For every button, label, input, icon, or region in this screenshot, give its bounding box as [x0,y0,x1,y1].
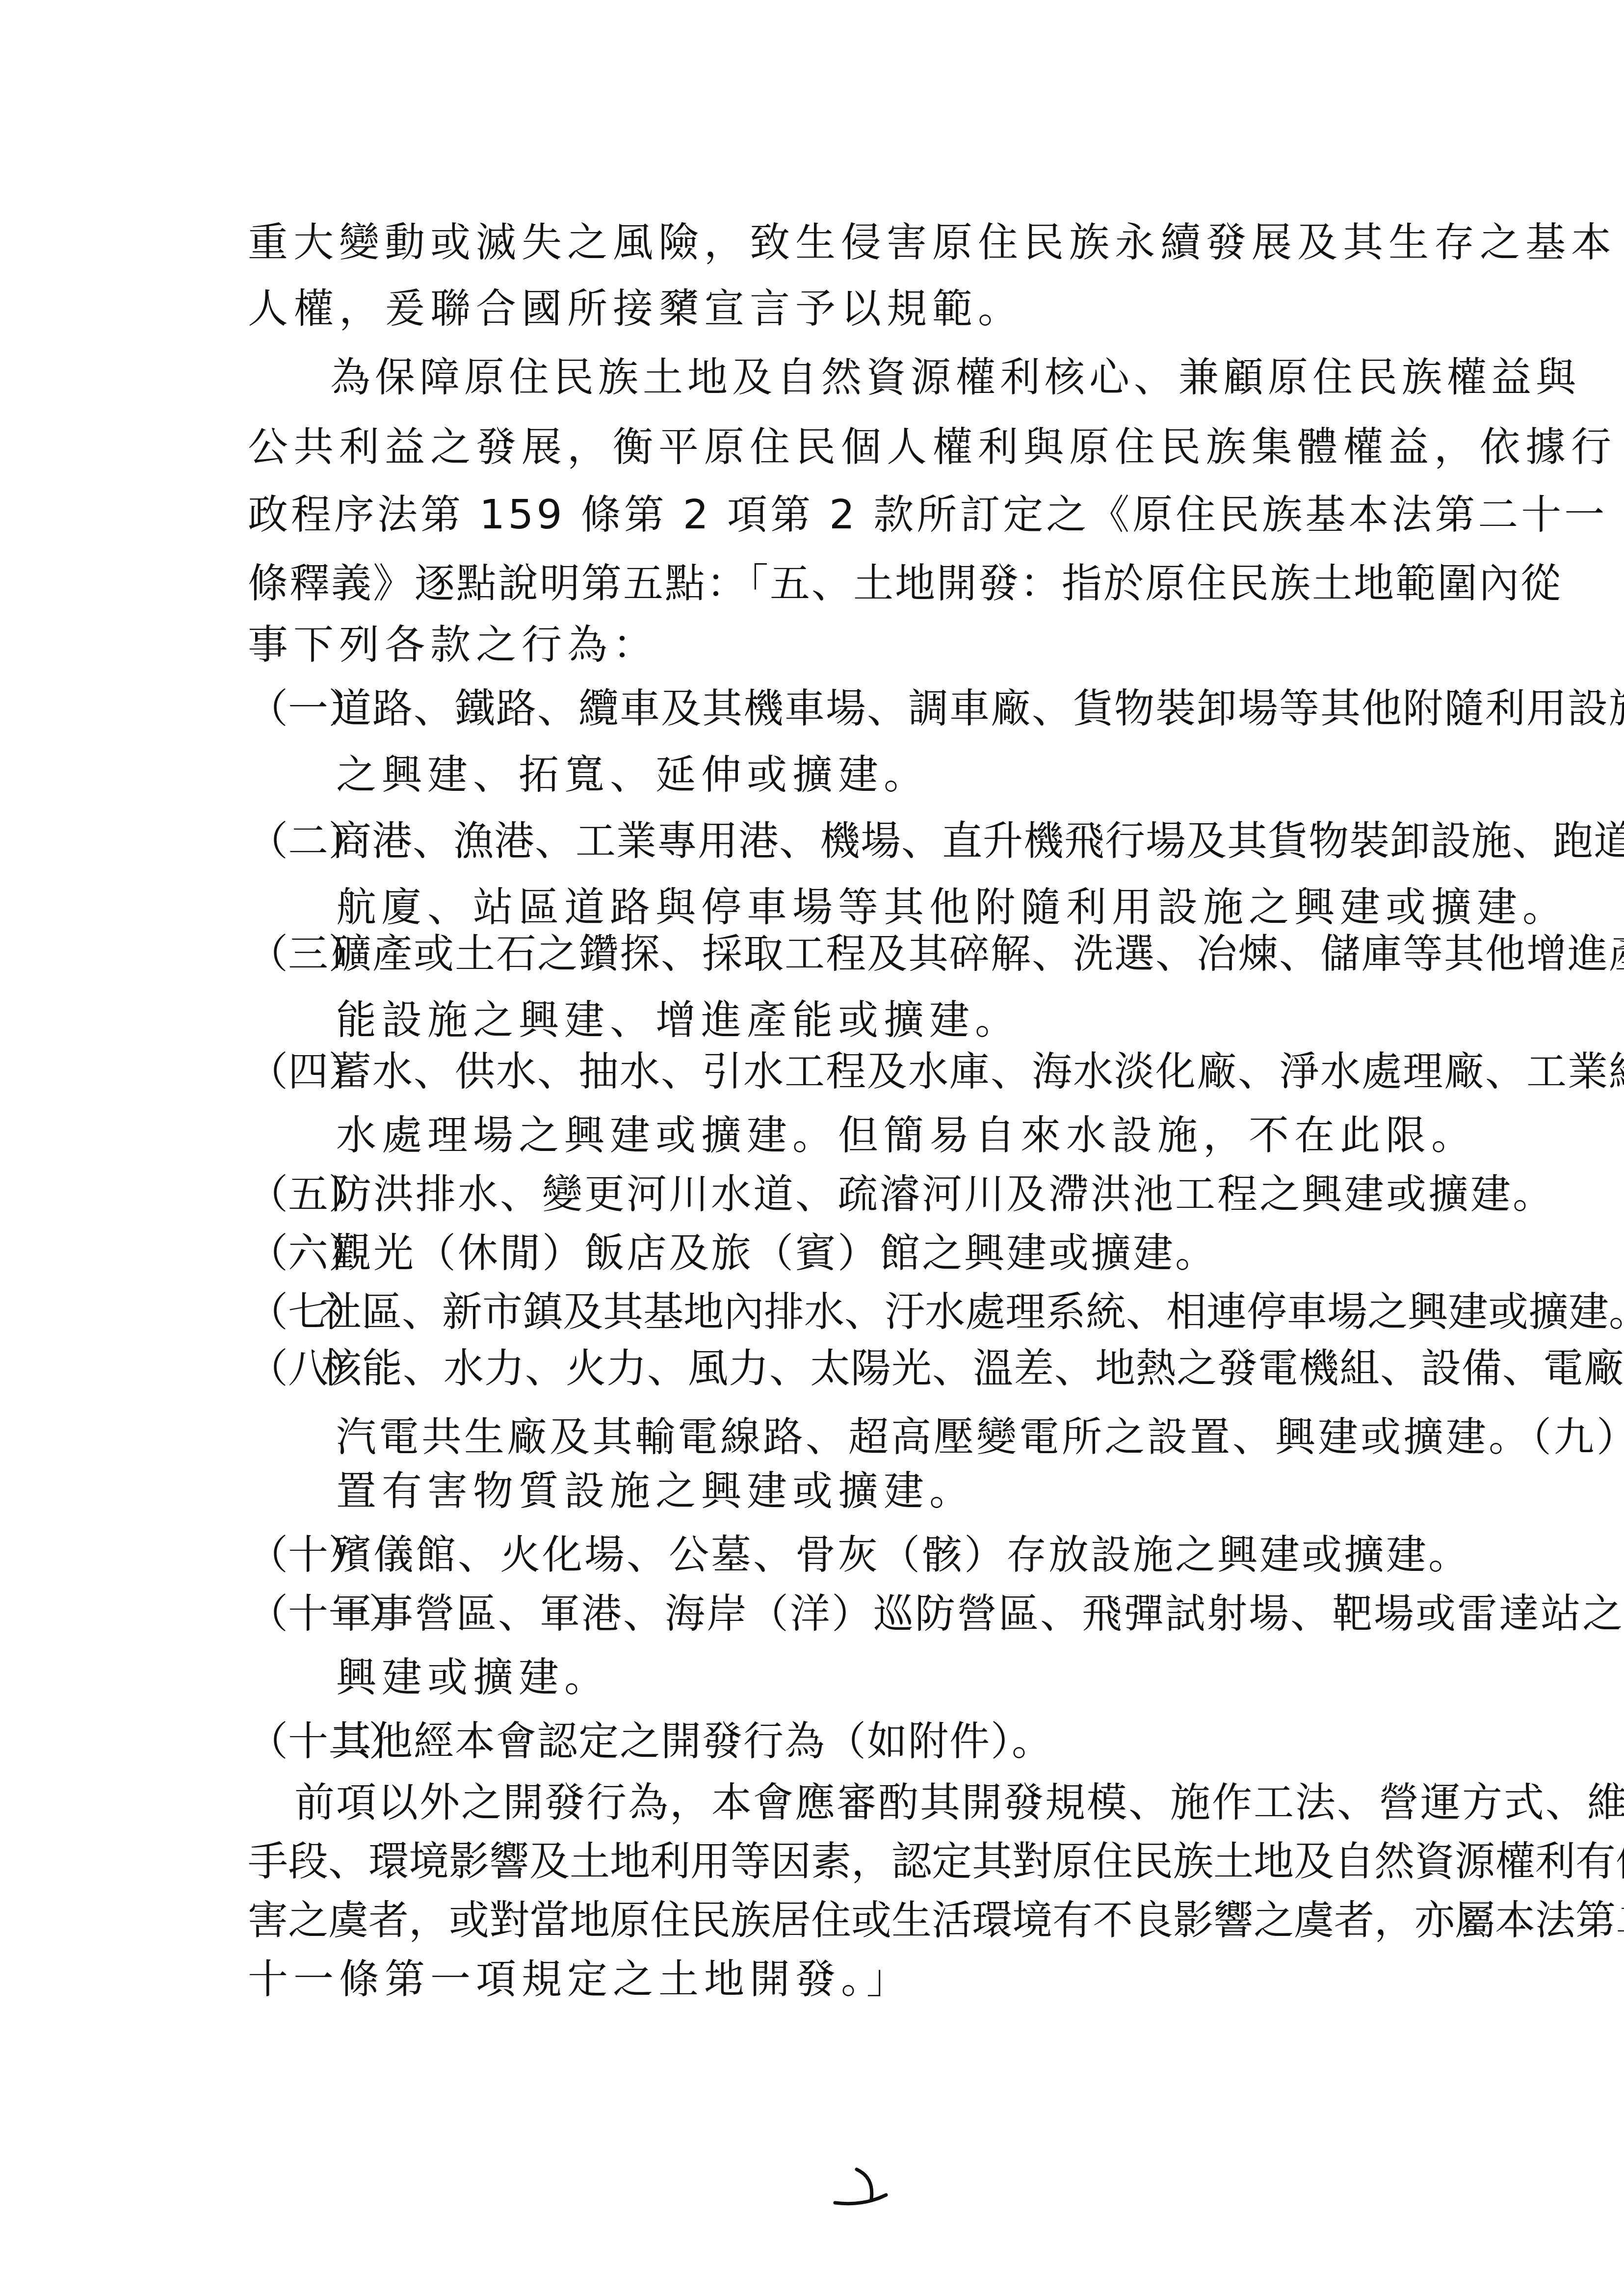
list-item-1-cont: 之興建、拓寬、延伸或擴建。 [248,751,1479,800]
list-item-8: （八）核能、水力、火力、風力、太陽光、溫差、地熱之發電機組、設備、電廠、 [248,1344,1391,1393]
intro-line-1: 重大變動或滅失之風險，致生侵害原住民族永續發展及其生存之基本 [248,218,1391,267]
item-text: 商港、漁港、工業專用港、機場、直升機飛行場及其貨物裝卸設施、跑道、 [331,818,1624,864]
item-label: （五） [248,1170,331,1219]
list-item-1: （一）道路、鐵路、纜車及其機車場、調車廠、貨物裝卸場等其他附隨利用設施 [248,684,1391,733]
list-item-8-cont-2: 置有害物質設施之興建或擴建。 [248,1467,1479,1516]
list-item-2-cont: 航廈、站區道路與停車場等其他附隨利用設施之興建或擴建。 [248,883,1479,932]
para2-line-4: 十一條第一項規定之土地開發。」 [248,1955,1391,2004]
item-label: （二） [248,817,331,866]
list-item-3-cont: 能設施之興建、增進產能或擴建。 [248,996,1479,1045]
para1-line-5: 事下列各款之行為： [248,621,1391,670]
handwritten-page-number-icon [824,2164,893,2208]
para1-line-1: 為保障原住民族土地及自然資源權利核心、兼顧原住民族權益與 [248,353,1473,402]
list-item-2: （二）商港、漁港、工業專用港、機場、直升機飛行場及其貨物裝卸設施、跑道、 [248,817,1391,866]
item-text: 核能、水力、火力、風力、太陽光、溫差、地熱之發電機組、設備、電廠、 [321,1345,1624,1392]
intro-line-2: 人權，爰聯合國所接櫫宣言予以規範。 [248,285,1391,334]
item-label: （三） [248,930,331,979]
item-text: 社區、新市鎮及其基地內排水、汙水處理系統、相連停車場之興建或擴建。 [321,1289,1624,1335]
para2-line-2: 手段、環境影響及土地利用等因素，認定其對原住民族土地及自然資源權利有侵 [248,1837,1391,1886]
item-label: （十二） [248,1717,331,1766]
list-item-12: （十二）其他經本會認定之開發行為（如附件）。 [248,1717,1391,1766]
para2-line-3: 害之虞者，或對當地原住民族居住或生活環境有不良影響之虞者，亦屬本法第二 [248,1896,1391,1945]
list-item-7: （七）社區、新市鎮及其基地內排水、汙水處理系統、相連停車場之興建或擴建。 [248,1288,1391,1337]
para1-line-2: 公共利益之發展，衡平原住民個人權利與原住民族集體權益，依據行 [248,423,1391,472]
list-item-5: （五）防洪排水、變更河川水道、疏濬河川及滯洪池工程之興建或擴建。 [248,1170,1391,1219]
list-item-8-cont-1: 汽電共生廠及其輸電線路、超高壓變電所之設置、興建或擴建。（九）放 [248,1413,1479,1462]
item-label: （一） [248,684,331,733]
item-text: 道路、鐵路、纜車及其機車場、調車廠、貨物裝卸場等其他附隨利用設施 [331,685,1624,732]
document-page: 重大變動或滅失之風險，致生侵害原住民族永續發展及其生存之基本 人權，爰聯合國所接… [0,0,1624,2296]
item-label: （八） [248,1344,321,1393]
list-item-11: （十一）軍事營區、軍港、海岸（洋）巡防營區、飛彈試射場、靶場或雷達站之 [248,1590,1391,1639]
list-item-6: （六）觀光（休閒）飯店及旅（賓）館之興建或擴建。 [248,1229,1391,1278]
item-text: 礦產或土石之鑽探、採取工程及其碎解、洗選、冶煉、儲庫等其他增進產 [331,931,1624,977]
list-item-10: （十）殯儀館、火化場、公墓、骨灰（骸）存放設施之興建或擴建。 [248,1531,1391,1580]
item-text: 其他經本會認定之開發行為（如附件）。 [331,1718,1053,1765]
item-text: 蓄水、供水、抽水、引水工程及水庫、海水淡化廠、淨水處理廠、工業給 [331,1048,1624,1095]
para1-line-3: 政程序法第 159 條第 2 項第 2 款所訂定之《原住民族基本法第二十一 [248,491,1391,540]
item-label: （四） [248,1047,331,1096]
item-text: 防洪排水、變更河川水道、疏濬河川及滯洪池工程之興建或擴建。 [331,1171,1555,1218]
list-item-4-cont: 水處理場之興建或擴建。但簡易自來水設施，不在此限。 [248,1111,1479,1160]
item-text: 觀光（休閒）飯店及旅（賓）館之興建或擴建。 [331,1230,1217,1277]
para2-line-1: 前項以外之開發行為，本會應審酌其開發規模、施作工法、營運方式、維護 [248,1778,1438,1827]
item-text: 軍事營區、軍港、海岸（洋）巡防營區、飛彈試射場、靶場或雷達站之 [331,1591,1624,1637]
list-item-11-cont: 興建或擴建。 [248,1653,1479,1702]
list-item-4: （四）蓄水、供水、抽水、引水工程及水庫、海水淡化廠、淨水處理廠、工業給 [248,1047,1391,1096]
list-item-3: （三）礦產或土石之鑽探、採取工程及其碎解、洗選、冶煉、儲庫等其他增進產 [248,930,1391,979]
para1-line-4: 條釋義》逐點說明第五點：「五、土地開發：指於原住民族土地範圍內從 [248,559,1391,608]
item-text: 殯儀館、火化場、公墓、骨灰（骸）存放設施之興建或擴建。 [331,1532,1470,1578]
item-label: （十一） [248,1590,331,1639]
item-label: （六） [248,1229,331,1278]
item-label: （七） [248,1288,321,1337]
item-label: （十） [248,1531,331,1580]
